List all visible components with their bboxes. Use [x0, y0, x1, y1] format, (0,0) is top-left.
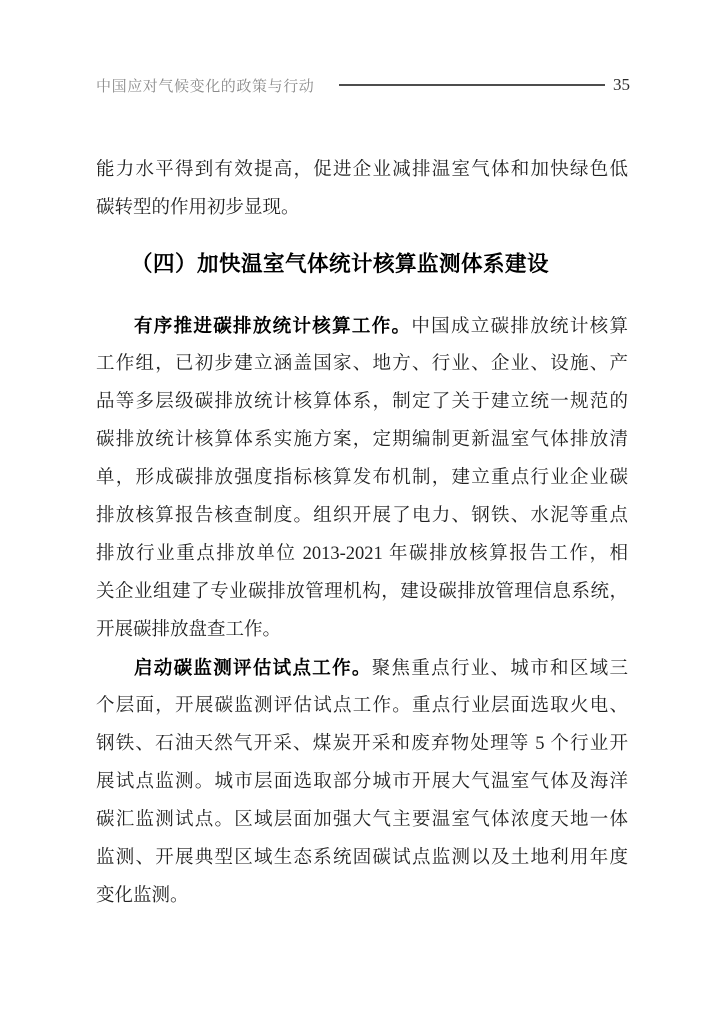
text-line: 碳汇监测试点。区域层面加强大气主要温室气体浓度天地一体 — [96, 801, 628, 839]
text-line: 个层面，开展碳监测评估试点工作。重点行业层面选取火电、 — [96, 687, 628, 725]
document-body: 能力水平得到有效提高，促进企业减排温室气体和加快绿色低碳转型的作用初步显现。 （… — [96, 151, 628, 915]
line-text: 排放核算报告核查制度。组织开展了电力、钢铁、水泥等重点 — [96, 506, 628, 526]
text-line: 有序推进碳排放统计核算工作。中国成立碳排放统计核算 — [96, 307, 628, 345]
text-line: 钢铁、石油天然气开采、煤炭开采和废弃物处理等 5 个行业开 — [96, 725, 628, 763]
text-line: 关企业组建了专业碳排放管理机构，建设碳排放管理信息系统， — [96, 573, 628, 611]
line-text: 变化监测。 — [96, 886, 189, 906]
line-text: 关企业组建了专业碳排放管理机构，建设碳排放管理信息系统， — [96, 582, 628, 602]
text-line: 单，形成碳排放强度指标核算发布机制，建立重点行业企业碳 — [96, 459, 628, 497]
document-page: 中国应对气候变化的政策与行动 35 能力水平得到有效提高，促进企业减排温室气体和… — [0, 0, 724, 1023]
body-paragraphs: 有序推进碳排放统计核算工作。中国成立碳排放统计核算工作组，已初步建立涵盖国家、地… — [96, 307, 628, 915]
text-line: 启动碳监测评估试点工作。聚焦重点行业、城市和区域三 — [96, 649, 628, 687]
line-text: 聚焦重点行业、城市和区域三 — [372, 659, 628, 679]
line-text: 单，形成碳排放强度指标核算发布机制，建立重点行业企业碳 — [96, 468, 628, 488]
paragraph-lead-bold: 有序推进碳排放统计核算工作。 — [134, 315, 411, 336]
text-line: 碳转型的作用初步显现。 — [96, 189, 628, 227]
paragraph: 有序推进碳排放统计核算工作。中国成立碳排放统计核算工作组，已初步建立涵盖国家、地… — [96, 307, 628, 649]
line-text: 品等多层级碳排放统计核算体系，制定了关于建立统一规范的 — [96, 392, 628, 412]
intro-paragraph: 能力水平得到有效提高，促进企业减排温室气体和加快绿色低碳转型的作用初步显现。 — [96, 151, 628, 227]
header-title: 中国应对气候变化的政策与行动 — [96, 75, 314, 96]
paragraph: 启动碳监测评估试点工作。聚焦重点行业、城市和区域三个层面，开展碳监测评估试点工作… — [96, 649, 628, 915]
text-line: 品等多层级碳排放统计核算体系，制定了关于建立统一规范的 — [96, 383, 628, 421]
section-heading: （四）加快温室气体统计核算监测体系建设 — [96, 247, 628, 281]
line-text: 钢铁、石油天然气开采、煤炭开采和废弃物处理等 5 个行业开 — [96, 734, 628, 754]
line-text: 开展碳排放盘查工作。 — [96, 620, 281, 640]
line-text: 能力水平得到有效提高，促进企业减排温室气体和加快绿色低 — [96, 160, 628, 180]
text-line: 工作组，已初步建立涵盖国家、地方、行业、企业、设施、产 — [96, 345, 628, 383]
text-line: 排放行业重点排放单位 2013-2021 年碳排放核算报告工作，相 — [96, 535, 628, 573]
header-rule — [339, 84, 605, 86]
line-text: 展试点监测。城市层面选取部分城市开展大气温室气体及海洋 — [96, 772, 628, 792]
page-number: 35 — [613, 75, 630, 95]
paragraph-lead-bold: 启动碳监测评估试点工作。 — [134, 657, 372, 678]
line-text: 碳汇监测试点。区域层面加强大气主要温室气体浓度天地一体 — [96, 810, 628, 830]
text-line: 碳排放统计核算体系实施方案，定期编制更新温室气体排放清 — [96, 421, 628, 459]
page-header: 中国应对气候变化的政策与行动 35 — [96, 74, 630, 96]
line-text: 碳排放统计核算体系实施方案，定期编制更新温室气体排放清 — [96, 430, 628, 450]
text-line: 能力水平得到有效提高，促进企业减排温室气体和加快绿色低 — [96, 151, 628, 189]
text-line: 排放核算报告核查制度。组织开展了电力、钢铁、水泥等重点 — [96, 497, 628, 535]
line-text: 排放行业重点排放单位 2013-2021 年碳排放核算报告工作，相 — [96, 544, 628, 564]
line-text: 个层面，开展碳监测评估试点工作。重点行业层面选取火电、 — [96, 696, 628, 716]
line-text: 监测、开展典型区域生态系统固碳试点监测以及土地利用年度 — [96, 848, 628, 868]
text-line: 监测、开展典型区域生态系统固碳试点监测以及土地利用年度 — [96, 839, 628, 877]
line-text: 中国成立碳排放统计核算 — [411, 317, 628, 337]
line-text: 碳转型的作用初步显现。 — [96, 198, 300, 218]
text-line: 变化监测。 — [96, 877, 628, 915]
text-line: 开展碳排放盘查工作。 — [96, 611, 628, 649]
line-text: 工作组，已初步建立涵盖国家、地方、行业、企业、设施、产 — [96, 354, 628, 374]
text-line: 展试点监测。城市层面选取部分城市开展大气温室气体及海洋 — [96, 763, 628, 801]
